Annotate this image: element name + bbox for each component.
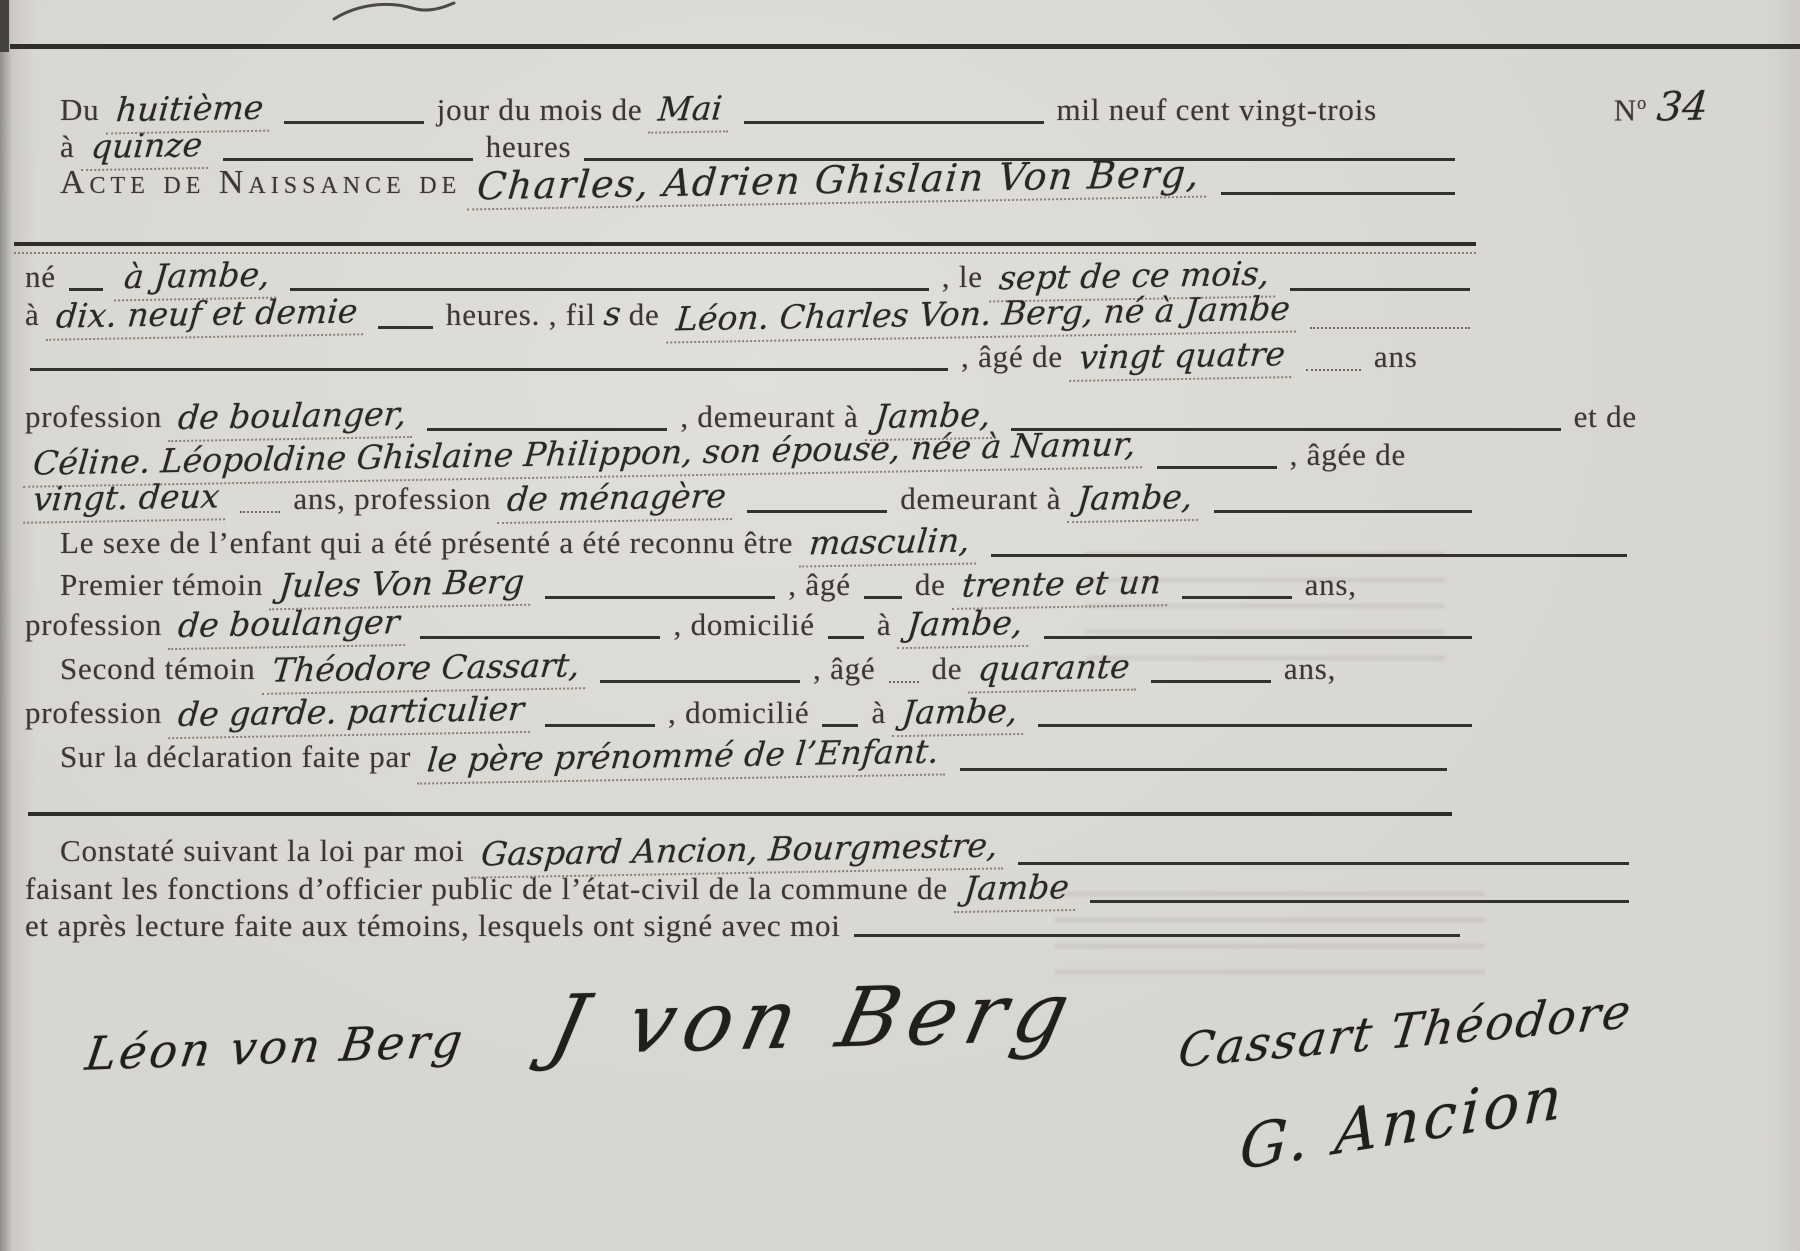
- sex-line: Le sexe de l’enfant qui a été présenté a…: [60, 522, 1632, 566]
- blank-line: [960, 768, 1447, 771]
- blank-line: [1044, 636, 1472, 639]
- witness1-profession-line: profession de boulanger , domicilié à Ja…: [25, 604, 1477, 648]
- witness2-profession-line: profession de garde. particulier , domic…: [25, 692, 1477, 736]
- blank-line: [1182, 596, 1292, 599]
- year-label: mil neuf cent vingt-trois: [1057, 90, 1377, 130]
- witness2-residence-value: Jambe,: [892, 691, 1027, 737]
- a-label: à: [25, 295, 40, 335]
- mother-age-line: vingt. deux ans, profession de ménagère …: [25, 478, 1477, 522]
- act-title-line: Acte de Naissance de Charles, Adrien Ghi…: [60, 160, 1460, 204]
- blank-line: [378, 326, 433, 329]
- le-label: , le: [942, 257, 983, 297]
- blank-line: [1157, 466, 1277, 469]
- blank-line: [1090, 900, 1629, 903]
- ans-label: ans,: [1305, 565, 1357, 605]
- blank-line: [822, 724, 858, 727]
- witness1-profession-value: de boulanger: [168, 602, 409, 650]
- et-de-label: et de: [1574, 397, 1637, 437]
- sexe-label: Le sexe de l’enfant qui a été présenté a…: [60, 523, 793, 563]
- ne-label: né: [25, 257, 56, 297]
- age-label: , âgé: [813, 649, 876, 689]
- scan-edge-mark: [0, 0, 9, 52]
- lecture-label: et après lecture faite aux témoins, lesq…: [25, 906, 841, 946]
- blank-line: [284, 121, 424, 124]
- de-label: de: [932, 649, 963, 689]
- age-label: , âgé: [788, 565, 851, 605]
- blank-line: [991, 554, 1627, 557]
- blank-line: [1038, 724, 1472, 727]
- number-value: 34: [1655, 87, 1709, 128]
- section-rule: [14, 242, 1476, 246]
- birth-certificate-scan: Du huitième jour du mois de Mai mil neuf…: [0, 0, 1800, 1251]
- declaration-label: Sur la déclaration faite par: [60, 737, 411, 777]
- a-label: à: [877, 605, 892, 645]
- number-label: No: [1614, 84, 1647, 130]
- domicilie-label: , domicilié: [673, 605, 814, 645]
- blank-line: [889, 681, 919, 683]
- blank-line: [30, 368, 948, 371]
- de-label: de: [629, 295, 660, 335]
- officer-signature: G. Ancion: [1238, 1061, 1567, 1184]
- pen-stroke-mark: [330, 0, 460, 22]
- blank-line: [1310, 327, 1470, 329]
- blank-line: [864, 596, 902, 599]
- birth-hour-value: dix. neuf et demie: [46, 291, 367, 341]
- acte-de-naissance-label: Acte de Naissance de: [60, 163, 461, 203]
- top-rule: [10, 44, 1800, 49]
- declaration-value: le père prénommé de l’Enfant.: [417, 731, 948, 784]
- blank-line: [600, 680, 800, 683]
- father-age-value: vingt quatre: [1069, 334, 1295, 382]
- fils-suffix-value: s: [602, 294, 622, 334]
- ans-label: ans,: [1284, 649, 1336, 689]
- witness1-residence-value: Jambe,: [898, 603, 1033, 649]
- agee-de-label: , âgée de: [1290, 435, 1407, 475]
- closing-rule: [28, 812, 1452, 816]
- blank-line: [1151, 680, 1271, 683]
- father-signature: Léon von Berg: [82, 1013, 469, 1081]
- mother-age-value: vingt. deux: [23, 476, 229, 524]
- heures-fils-label: heures. , fil: [446, 295, 596, 335]
- sex-value: masculin,: [799, 520, 979, 567]
- mother-line: Céline. Léopoldine Ghislaine Philippon, …: [25, 434, 1637, 478]
- constate-label: Constaté suivant la loi par moi: [60, 831, 465, 871]
- a-label: à: [871, 693, 886, 733]
- mother-profession-value: de ménagère: [497, 476, 736, 524]
- father-age-line: , âgé de vingt quatre ans: [25, 336, 1637, 380]
- premier-temoin-label: Premier témoin: [60, 565, 263, 605]
- blank-line: [1018, 862, 1629, 865]
- blank-line: [545, 596, 775, 599]
- witness2-profession-value: de garde. particulier: [168, 689, 534, 739]
- blank-line: [240, 511, 280, 513]
- blank-line: [290, 288, 928, 291]
- witness1-signature: J von Berg: [541, 965, 1086, 1074]
- age-de-label: , âgé de: [961, 337, 1063, 377]
- jour-du-mois-label: jour du mois de: [437, 90, 643, 130]
- blank-line: [69, 288, 103, 291]
- blank-line: [747, 510, 887, 513]
- blank-line: [744, 121, 1044, 124]
- witness2-age-value: quarante: [968, 647, 1139, 694]
- ans-label: ans: [1374, 337, 1418, 377]
- blank-line: [828, 636, 864, 639]
- blank-line: [545, 724, 655, 727]
- blank-line: [420, 636, 660, 639]
- blank-line: [1214, 510, 1472, 513]
- blank-line: [1221, 192, 1455, 195]
- witness2-line: Second témoin Théodore Cassart, , âgé de…: [60, 648, 1630, 692]
- blank-line: [1306, 369, 1361, 371]
- blank-line: [854, 934, 1460, 937]
- ans-profession-label: ans, profession: [293, 479, 491, 519]
- profession-label: profession: [25, 605, 162, 645]
- profession-label: profession: [25, 397, 162, 437]
- blank-line: [427, 428, 667, 431]
- declaration-line: Sur la déclaration faite par le père pré…: [60, 736, 1452, 780]
- mother-residence-value: Jambe,: [1067, 477, 1202, 523]
- act-number: No 34: [1614, 84, 1708, 130]
- child-name-value: Charles, Adrien Ghislain Von Berg,: [467, 154, 1210, 211]
- witness2-name-value: Théodore Cassart,: [262, 645, 589, 695]
- blank-line: [1290, 288, 1470, 291]
- second-temoin-label: Second témoin: [60, 649, 256, 689]
- witness1-line: Premier témoin Jules Von Berg , âgé de t…: [60, 564, 1630, 608]
- demeurant2-label: demeurant à: [900, 479, 1061, 519]
- de-label: de: [915, 565, 946, 605]
- domicilie-label: , domicilié: [668, 693, 809, 733]
- birth-hour-father-line: à dix. neuf et demie heures. , fil s de …: [25, 294, 1475, 338]
- lecture-line: et après lecture faite aux témoins, lesq…: [25, 906, 1465, 946]
- profession-label: profession: [25, 693, 162, 733]
- du-label: Du: [60, 90, 100, 130]
- fonctions-label: faisant les fonctions d’officier public …: [25, 869, 948, 909]
